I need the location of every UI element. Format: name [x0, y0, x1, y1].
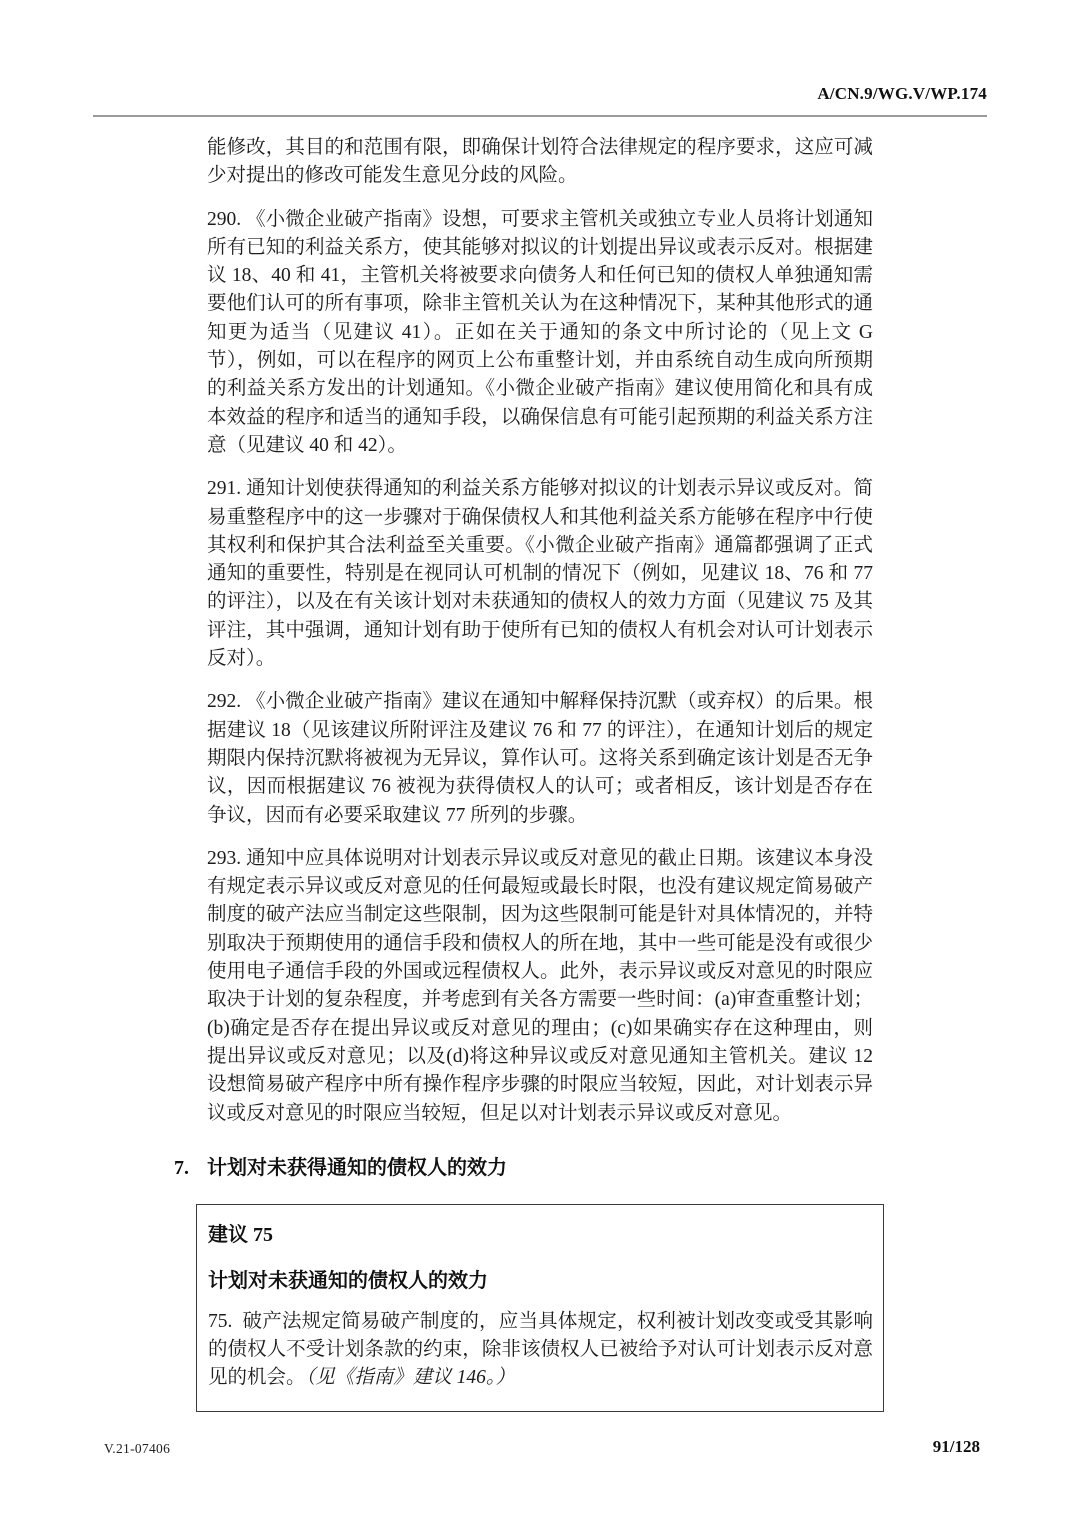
body-paragraph-292: 292. 《小微企业破产指南》建议在通知中解释保持沉默（或弃权）的后果。根据建议… [207, 688, 873, 829]
footer-page-number: 91/128 [933, 1437, 980, 1457]
body-paragraph-291: 291. 通知计划使获得通知的利益关系方能够对拟议的计划表示异议或反对。简易重整… [207, 475, 873, 673]
recommendation-citation: （见《指南》建议 146。） [306, 1367, 516, 1388]
body-text-column: 能修改，其目的和范围有限，即确保计划符合法律规定的程序要求，这应可减少对提出的修… [207, 134, 873, 1412]
recommendation-paragraph: 75. 破产法规定简易破产制度的，应当具体规定，权利被计划改变或受其影响的债权人… [208, 1308, 873, 1393]
body-paragraph-continuation: 能修改，其目的和范围有限，即确保计划符合法律规定的程序要求，这应可减少对提出的修… [207, 134, 873, 191]
document-symbol: A/CN.9/WG.V/WP.174 [817, 84, 987, 104]
body-paragraph-290: 290. 《小微企业破产指南》设想，可要求主管机关或独立专业人员将计划通知所有已… [207, 206, 873, 461]
section-heading: 7. 计划对未获得通知的债权人的效力 [207, 1154, 873, 1182]
header-divider-rule [93, 115, 987, 117]
section-number: 7. [174, 1154, 189, 1182]
recommendation-label: 建议 75 [208, 1218, 873, 1247]
section-title: 计划对未获得通知的债权人的效力 [207, 1157, 507, 1179]
recommendation-title: 计划对未获通知的债权人的效力 [208, 1264, 873, 1293]
recommendation-box: 建议 75 计划对未获通知的债权人的效力 75. 破产法规定简易破产制度的，应当… [196, 1204, 884, 1412]
document-page: A/CN.9/WG.V/WP.174 能修改，其目的和范围有限，即确保计划符合法… [0, 0, 1080, 1526]
body-paragraph-293: 293. 通知中应具体说明对计划表示异议或反对意见的截止日期。该建议本身没有规定… [207, 845, 873, 1128]
footer-job-number: V.21-07406 [104, 1441, 170, 1457]
